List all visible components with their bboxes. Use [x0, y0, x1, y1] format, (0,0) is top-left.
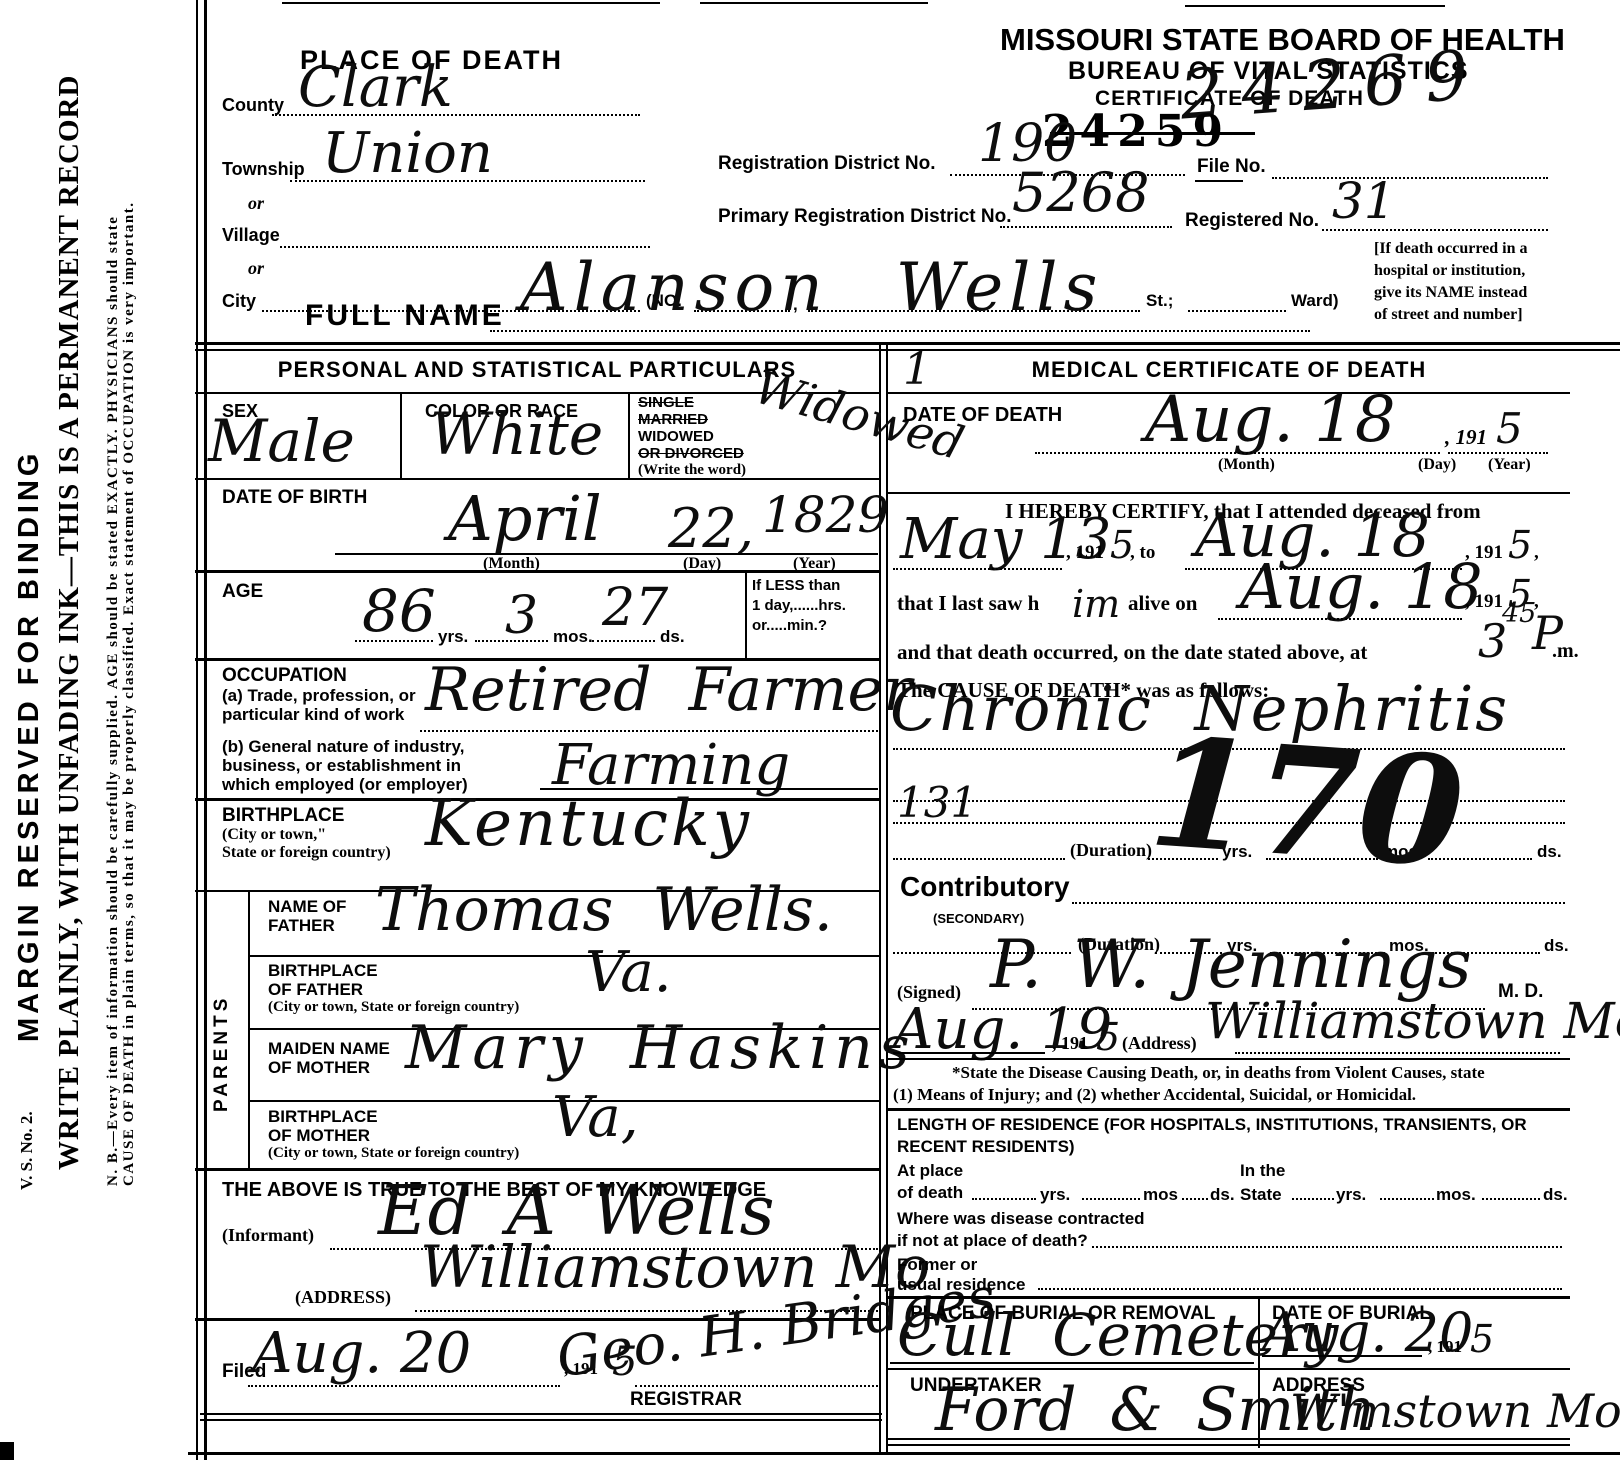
registered-no-value: 31 [1332, 176, 1396, 226]
mother-birthplace-value: Va, [552, 1090, 639, 1146]
rule [1448, 452, 1548, 454]
township-label: Township [222, 160, 305, 179]
form-number: V. S. No. 2. [18, 1111, 36, 1190]
last-saw-post: alive on [1128, 592, 1197, 614]
file-no-label: File No. [1197, 157, 1266, 177]
or-label: or [248, 193, 264, 214]
primary-registration-value: 5268 [1012, 166, 1149, 220]
rule [972, 1198, 1036, 1200]
date-of-death-value: Aug. 18 [1145, 388, 1396, 452]
rule [196, 0, 198, 1460]
marital-note: (Write the word) [638, 463, 746, 479]
county-label: County [222, 96, 284, 115]
former-line1: Former or [897, 1256, 977, 1274]
mother-name-label2: OF MOTHER [268, 1059, 370, 1077]
last-year-printed: , 191 [1465, 592, 1503, 612]
rule [1322, 229, 1548, 231]
village-label: Village [222, 226, 280, 245]
rule [475, 640, 548, 642]
rule [1182, 1198, 1208, 1200]
filed-date-value: Aug. 20 [252, 1326, 471, 1382]
month-label: (Month) [1218, 457, 1275, 474]
margin-nb-notice-line1: N. B.—Every item of information should b… [106, 202, 122, 1186]
birthplace-sub1: (City or town," [222, 827, 326, 844]
rule [1185, 5, 1445, 7]
rule [888, 1058, 1570, 1060]
mother-birthplace-label2: OF MOTHER [268, 1127, 370, 1145]
age-months-value: 3 [505, 590, 538, 642]
father-birthplace-label2: OF FATHER [268, 981, 363, 999]
signed-year-printed: , 191 [1052, 1034, 1088, 1053]
rule [635, 1385, 878, 1387]
hospital-note: [If death occurred in a hospital or inst… [1374, 238, 1556, 326]
birthplace-sub2: State or foreign country) [222, 845, 391, 862]
rule [1035, 452, 1440, 454]
address-label: (Address) [1122, 1034, 1197, 1053]
footnote-line2: (1) Means of Injury; and (2) whether Acc… [893, 1086, 1416, 1104]
margin-nb-notice-line2: CAUSE OF DEATH in plain terms, so that i… [122, 202, 138, 1186]
occupation-a-value: Retired Farmer [425, 660, 912, 720]
yrs-label: yrs. [438, 628, 468, 646]
ds-label: ds. [1544, 937, 1569, 955]
township-value: Union [322, 126, 493, 182]
rule [400, 392, 402, 478]
rule [592, 640, 655, 642]
rule [1082, 1198, 1140, 1200]
rule [248, 1385, 560, 1387]
birthplace-label: BIRTHPLACE [222, 806, 344, 826]
rule [282, 2, 660, 4]
rule [893, 858, 1065, 860]
undertaker-address-value: W'mstown Mo. [1290, 1388, 1620, 1434]
rule [1195, 180, 1243, 182]
rule [1272, 177, 1548, 179]
father-name-value: Thomas Wells. [375, 880, 833, 940]
mother-birthplace-sub: (City or town, State or foreign country) [268, 1146, 519, 1162]
death-year-digit: 5 [1496, 408, 1523, 450]
date-of-birth-label: DATE OF BIRTH [222, 488, 367, 508]
duration-label: (Duration) [1070, 841, 1152, 860]
at-place-line1: At place [897, 1162, 963, 1180]
registrar-label: REGISTRAR [630, 1390, 742, 1410]
parents-label: PARENTS [212, 995, 232, 1112]
occupation-a-line1: (a) Trade, profession, or [222, 687, 416, 705]
registration-district-label: Registration District No. [718, 154, 935, 174]
marital-option-single: SINGLE [638, 395, 694, 411]
rule [888, 1108, 1570, 1111]
burial-year-digit: 5 [1470, 1320, 1494, 1358]
rule [893, 568, 1062, 570]
rule [280, 246, 650, 248]
margin-binding-notice: MARGIN RESERVED FOR BINDING [14, 450, 44, 1042]
rule [1188, 310, 1286, 312]
rule [248, 955, 879, 957]
secondary-label: (SECONDARY) [933, 912, 1024, 926]
rule [188, 1452, 1620, 1455]
registered-no-label: Registered No. [1185, 211, 1319, 231]
date-of-death-label: DATE OF DEATH [903, 405, 1062, 426]
death-year-printed: , 191 [1445, 425, 1487, 450]
physician-signature: P. W. Jennings [990, 932, 1472, 998]
physician-address-value: Williamstown Mo [1205, 996, 1620, 1046]
rule [355, 640, 433, 642]
rule [1380, 1198, 1434, 1200]
or-label: or [248, 258, 264, 279]
ds-label: ds. [660, 628, 685, 646]
rule [888, 1438, 1570, 1440]
scan-mark [0, 1442, 14, 1460]
rule [888, 1444, 1570, 1446]
from-year-printed: , 191 [1066, 543, 1104, 563]
cause-code-value: 131 [897, 782, 977, 824]
residence-title-line2: RECENT RESIDENTS) [897, 1138, 1075, 1156]
strike-mark [1050, 132, 1255, 135]
rule [1262, 1355, 1422, 1357]
rule [490, 330, 1310, 332]
rule [1072, 902, 1565, 904]
margin-permanent-record-notice: WRITE PLAINLY, WITH UNFADING INK—THIS IS… [54, 75, 84, 1170]
ds-label: ds. [1537, 843, 1562, 861]
to-label: , to [1130, 543, 1155, 563]
marital-option-widowed: WIDOWED [638, 429, 714, 445]
dob-month-value: April [448, 488, 602, 550]
yrs-label: yrs. [1336, 1186, 1366, 1204]
ward-label: Ward) [1291, 292, 1339, 310]
father-name-label1: NAME OF [268, 898, 346, 916]
marital-option-divorced: OR DIVORCED [638, 446, 744, 462]
at-place-line2: of death [897, 1184, 963, 1202]
rule [1218, 618, 1462, 620]
yrs-label: yrs. [1040, 1186, 1070, 1204]
footnote-line1: *State the Disease Causing Death, or, in… [952, 1064, 1485, 1082]
m-label: .m. [1552, 641, 1579, 662]
in-the-line2: State [1240, 1186, 1282, 1204]
occupation-b-value: Farming [552, 738, 790, 794]
rule [1000, 226, 1172, 228]
rule [195, 1168, 879, 1171]
ds-label: ds. [1543, 1186, 1568, 1204]
rule [745, 570, 747, 658]
mos-label: mos. [553, 628, 593, 646]
father-birthplace-label1: BIRTHPLACE [268, 962, 378, 980]
birthplace-value: Kentucky [425, 792, 752, 856]
rule [204, 0, 207, 1460]
dob-year-value: 1829 [762, 490, 889, 540]
primary-registration-label: Primary Registration District No. [718, 207, 1012, 227]
comma: , [1534, 543, 1539, 563]
residence-title-line1: LENGTH OF RESIDENCE (FOR HOSPITALS, INST… [897, 1116, 1527, 1134]
rule [888, 1368, 1570, 1370]
father-name-label2: FATHER [268, 917, 335, 935]
mother-name-label1: MAIDEN NAME [268, 1040, 390, 1058]
year-label: (Year) [1488, 457, 1531, 474]
stamp-number: 170 [1145, 717, 1468, 888]
occupation-a-line2: particular kind of work [222, 706, 404, 724]
rule [195, 478, 879, 480]
rule [888, 492, 1570, 494]
rule [890, 1362, 1254, 1364]
marital-option-married: MARRIED [638, 412, 708, 428]
full-name-value: Alanson Wells [520, 255, 1103, 321]
city-label: City [222, 292, 256, 311]
less-than-line3: or.....min.? [752, 618, 827, 634]
age-days-value: 27 [602, 582, 668, 634]
mother-name-value: Mary Haskins [405, 1018, 916, 1078]
rule [200, 1413, 882, 1415]
st-label: St.; [1146, 292, 1173, 310]
to-year-digit: 5 [1508, 526, 1532, 564]
ds-label: ds. [1210, 1186, 1235, 1204]
dob-day-value: 22, [668, 502, 754, 556]
rule [200, 1419, 882, 1421]
less-than-line2: 1 day,......hrs. [752, 598, 846, 614]
rule [893, 1052, 1045, 1054]
county-value: Clark [298, 60, 453, 116]
occupation-b-line2: business, or establishment in [222, 757, 461, 775]
rule [1292, 1198, 1334, 1200]
rule [888, 1296, 1570, 1299]
signed-year-digit: 5 [1096, 1018, 1120, 1056]
mos-label: mos [1143, 1186, 1178, 1204]
last-saw-hw: im [1072, 585, 1120, 623]
rule [272, 114, 640, 116]
rule [628, 392, 630, 478]
rule [290, 180, 645, 182]
rule [1092, 1246, 1562, 1248]
contracted-line1: Where was disease contracted [897, 1210, 1145, 1228]
occupation-b-line1: (b) General nature of industry, [222, 738, 464, 756]
rule [1235, 1052, 1560, 1054]
mother-birthplace-label1: BIRTHPLACE [268, 1108, 378, 1126]
age-label: AGE [222, 582, 263, 602]
day-label: (Day) [1418, 457, 1456, 474]
burial-year-printed: , 191 [1428, 1338, 1462, 1356]
informant-address-label: (ADDRESS) [295, 1288, 391, 1307]
less-than-line1: If LESS than [752, 578, 840, 594]
mos-label2: mos. [1436, 1186, 1476, 1204]
in-the-line1: In the [1240, 1162, 1285, 1180]
sex-value: Male [208, 412, 355, 470]
death-certificate-document: MARGIN RESERVED FOR BINDING WRITE PLAINL… [0, 0, 1620, 1470]
death-occurred-line: and that death occurred, on the date sta… [897, 641, 1367, 663]
contracted-line2: if not at place of death? [897, 1232, 1088, 1250]
last-saw-pre: that I last saw h [897, 592, 1039, 614]
occupation-label: OCCUPATION [222, 666, 347, 686]
rule [1038, 1288, 1562, 1290]
medical-section-title: MEDICAL CERTIFICATE OF DEATH [888, 358, 1570, 381]
rule [420, 730, 878, 732]
color-race-value: White [430, 405, 603, 463]
rule [700, 2, 928, 4]
informant-label: (Informant) [222, 1226, 314, 1245]
contributory-label: Contributory [900, 872, 1070, 901]
rule [1482, 1198, 1540, 1200]
former-line2: usual residence [897, 1276, 1026, 1294]
father-birthplace-value: Va. [585, 945, 672, 1001]
full-name-label: FULL NAME [305, 300, 505, 332]
rule [195, 570, 879, 573]
last-saw-date-value: Aug. 18 [1240, 556, 1483, 618]
age-years-value: 86 [362, 582, 436, 640]
